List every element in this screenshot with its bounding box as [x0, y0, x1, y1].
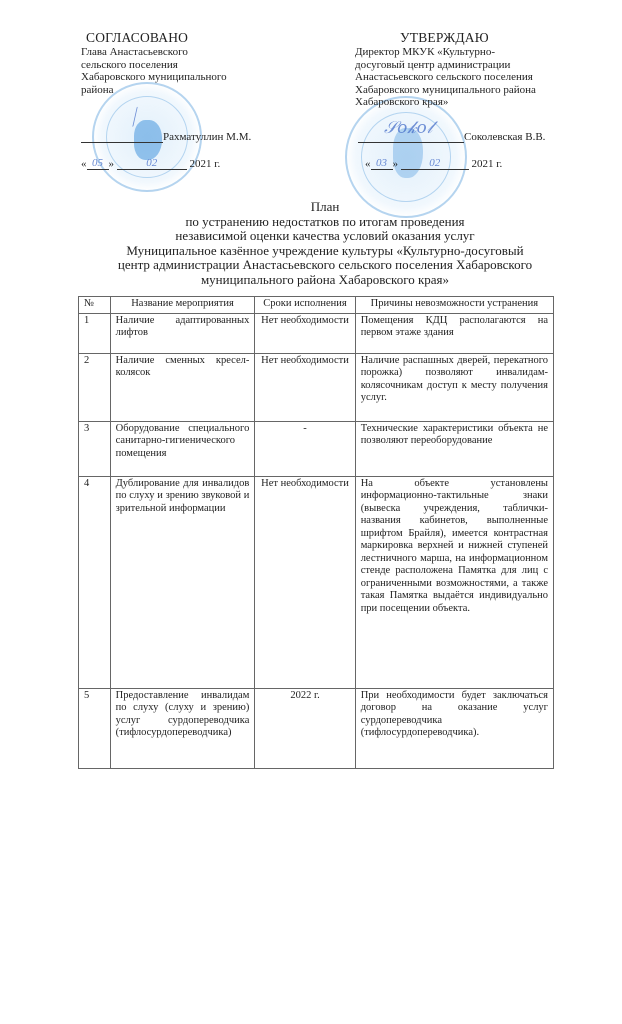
row-name: Дублирование для инвалидов по слуху и зр…	[110, 476, 255, 688]
row-term: -	[255, 421, 355, 476]
date-line-right: «03» 02 2021 г.	[365, 157, 502, 170]
row-name: Наличие адаптированных лифтов	[110, 313, 255, 353]
approval-left-line-2: сельского поселения	[81, 59, 178, 72]
row-number: 5	[79, 688, 111, 768]
date-month-left: 02	[117, 157, 187, 170]
date-year-left: 2021 г.	[190, 158, 221, 170]
table-row: 2 Наличие сменных кресел-колясок Нет нео…	[79, 353, 554, 421]
signature-line-left: Рахматуллин М.М.	[81, 131, 251, 143]
row-number: 4	[79, 476, 111, 688]
approval-right-line-5: Хабаровского края»	[355, 96, 448, 109]
row-reason: На объекте установлены информационно-так…	[355, 476, 553, 688]
row-term: 2022 г.	[255, 688, 355, 768]
table-row: 3 Оборудование специального санитарно-ги…	[79, 421, 554, 476]
date-day-right: 03	[371, 157, 393, 170]
row-number: 3	[79, 421, 111, 476]
row-reason: Наличие распашных дверей, перекатного по…	[355, 353, 553, 421]
document-title: План по устранению недостатков по итогам…	[90, 200, 560, 287]
approval-right-title: УТВЕРЖДАЮ	[400, 30, 489, 46]
row-term: Нет необходимости	[255, 313, 355, 353]
approval-right-line-2: досуговый центр администрации	[355, 59, 510, 72]
date-year-right: 2021 г.	[472, 158, 503, 170]
signature-blank	[81, 132, 163, 143]
row-name: Предоставление инвалидам по слуху (слуху…	[110, 688, 255, 768]
plan-table: № Название мероприятия Сроки исполнения …	[78, 296, 554, 769]
signatory-left: Рахматуллин М.М.	[163, 131, 251, 143]
header-term: Сроки исполнения	[255, 297, 355, 314]
row-number: 2	[79, 353, 111, 421]
row-reason: Технические характеристики объекта не по…	[355, 421, 553, 476]
date-line-left: «05» 02 2021 г.	[81, 157, 220, 170]
signatory-right: Соколевская В.В.	[464, 131, 545, 143]
table-row: 1 Наличие адаптированных лифтов Нет необ…	[79, 313, 554, 353]
approval-left-line-3: Хабаровского муниципального	[81, 71, 227, 84]
title-line-4: Муниципальное казённое учреждение культу…	[90, 244, 560, 259]
title-line-2: по устранению недостатков по итогам пров…	[90, 215, 560, 230]
handwritten-signature-right: 𝒮𝑜𝓀𝑜𝓁	[384, 118, 432, 138]
approval-right-line-1: Директор МКУК «Культурно-	[355, 46, 495, 59]
row-reason: Помещения КДЦ располагаются на первом эт…	[355, 313, 553, 353]
row-name: Наличие сменных кресел-колясок	[110, 353, 255, 421]
row-reason: При необходимости будет заключаться дого…	[355, 688, 553, 768]
approval-left-line-1: Глава Анастасьевского	[81, 46, 188, 59]
title-line-1: План	[90, 200, 560, 215]
row-term: Нет необходимости	[255, 476, 355, 688]
title-line-3: независимой оценки качества условий оказ…	[90, 229, 560, 244]
approval-left-title: СОГЛАСОВАНО	[86, 30, 188, 46]
date-month-right: 02	[401, 157, 469, 170]
header-name: Название мероприятия	[110, 297, 255, 314]
date-day-left: 05	[87, 157, 109, 170]
table-header-row: № Название мероприятия Сроки исполнения …	[79, 297, 554, 314]
row-name: Оборудование специального санитарно-гиги…	[110, 421, 255, 476]
header-reason: Причины невозможности устранения	[355, 297, 553, 314]
table-row: 5 Предоставление инвалидам по слуху (слу…	[79, 688, 554, 768]
title-line-6: муниципального района Хабаровского края»	[90, 273, 560, 288]
row-number: 1	[79, 313, 111, 353]
approval-left-line-4: района	[81, 84, 114, 97]
title-line-5: центр администрации Анастасьевского сель…	[76, 258, 574, 273]
approval-right-line-4: Хабаровского муниципального района	[355, 84, 536, 97]
row-term: Нет необходимости	[255, 353, 355, 421]
header-number: №	[79, 297, 111, 314]
approval-right-line-3: Анастасьевского сельского поселения	[355, 71, 533, 84]
table-row: 4 Дублирование для инвалидов по слуху и …	[79, 476, 554, 688]
